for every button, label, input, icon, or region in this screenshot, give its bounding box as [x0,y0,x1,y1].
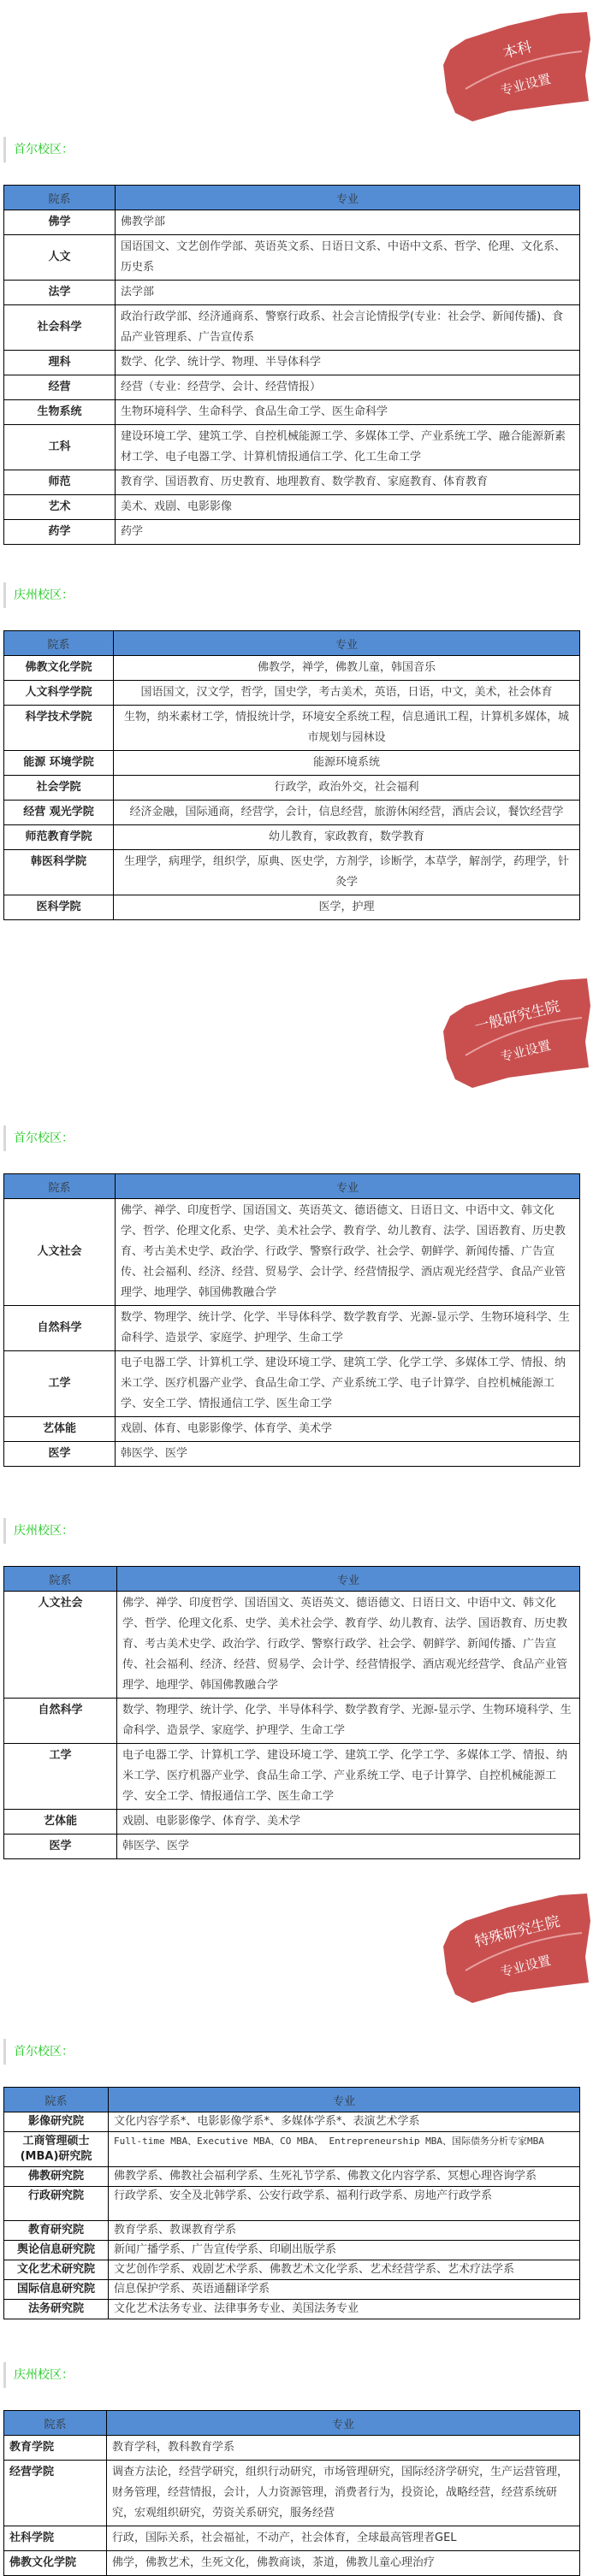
table-row: 社科学院行政，国际关系，社会福祉，不动产，社会体育，全球最高管理者GEL [4,2526,580,2551]
major-cell: 幼儿教育，家政教育，数学教育 [114,825,580,850]
table-row: 艺体能戏剧、体育、电影影像学、体育学、美术学 [4,1417,580,1442]
table-row: 佛学佛教学部 [4,210,580,235]
campus-label-seoul: 首尔校区： [3,137,599,162]
table-row: 社会科学政治行政学部、经济通商系、警察行政系、社会言论情报学(专业：社会学、新闻… [4,305,580,351]
major-cell: 电子电器工学、计算机工学、建设环境工学、建筑工学、化学工学、多媒体工学、情报、纳… [116,1351,580,1417]
table-row: 文化艺术研究院文艺创作学系、戏剧艺术学系、佛教艺术文化学系、艺术经营学系、艺术疗… [4,2260,580,2280]
major-cell: 教育学系、教课教育学系 [109,2221,580,2241]
major-cell: 戏剧、电影影像学、体育学、美术学 [117,1810,580,1835]
dept-cell: 影像研究院 [4,2112,109,2132]
dept-cell: 经营 [4,375,116,400]
table-row: 人文国语国文、文艺创作学部、英语英文系、日语日文系、中语中文系、哲学、伦理、文化… [4,235,580,281]
major-cell: 国语国文，汉文学，哲学，国史学，考古美术，英语，日语，中文，美术，社会体育 [114,681,580,706]
table-row: 佛教文化学院佛教学，禅学，佛教儿童，韩国音乐 [4,656,580,681]
dept-cell: 法学 [4,281,116,305]
table-row: 师范教育学院幼儿教育，家政教育，数学教育 [4,825,580,850]
table-header-row: 院系 专业 [4,2411,580,2436]
table-row: 医科学院医学，护理 [4,895,580,920]
major-cell: 文化内容学系*、电影影像学系*、多媒体学系*、表演艺术学系 [109,2112,580,2132]
major-cell: 佛教学，禅学，佛教儿童，韩国音乐 [114,656,580,681]
table-row: 人文社会佛学、禅学、印度哲学、国语国文、英语英文、德语德文、日语日文、中语中文、… [4,1592,580,1699]
table-row: 法学法学部 [4,281,580,305]
major-cell: 韩医学、医学 [116,1442,580,1467]
major-cell: 数学、物理学、统计学、化学、半导体科学、数学教育学、光源-显示学、生物环境科学、… [117,1699,580,1744]
table-row: 理科数学、化学、统计学、物理、半导体科学 [4,351,580,375]
majors-table-special-gyeongju: 院系 专业 教育学院教育学科，教科教育学系 经营学院调查方法论，经营学研究，组织… [3,2410,580,2576]
dept-cell: 国际信息研究院 [4,2280,109,2300]
major-cell: 佛教学系、佛教社会福利学系、生死礼节学系、佛教文化内容学系、冥想心理咨询学系 [109,2167,580,2187]
header-major: 专业 [117,1567,580,1592]
major-cell: 韩医学、医学 [117,1835,580,1859]
header-major: 专业 [109,2088,580,2112]
major-cell: 能源环境系统 [114,751,580,776]
majors-table-undergrad-gyeongju: 院系 专业 佛教文化学院佛教学，禅学，佛教儿童，韩国音乐 人文科学学院国语国文，… [3,630,580,920]
table-row: 医学韩医学、医学 [4,1835,580,1859]
header-major: 专业 [116,186,580,210]
dept-cell: 文化艺术研究院 [4,2260,109,2280]
dept-cell: 工科 [4,425,116,470]
dept-cell: 社科学院 [4,2526,107,2551]
table-row: 生物系统生物环境科学、生命科学、食品生命工学、医生命科学 [4,400,580,425]
table-row: 经营学院调查方法论，经营学研究，组织行动研究，市场管理研究，国际经济学研究，生产… [4,2461,580,2526]
table-row: 经营经营（专业：经营学、会计、经营情报） [4,375,580,400]
dept-cell: 佛学 [4,210,116,235]
major-cell: 建设环境工学、建筑工学、自控机械能源工学、多媒体工学、产业系统工学、融合能源新素… [116,425,580,470]
table-row: 佛教研究院佛教学系、佛教社会福利学系、生死礼节学系、佛教文化内容学系、冥想心理咨… [4,2167,580,2187]
table-row: 影像研究院文化内容学系*、电影影像学系*、多媒体学系*、表演艺术学系 [4,2112,580,2132]
dept-cell: 医学 [4,1442,116,1467]
major-cell: 行政学系、安全及北韩学系、公安行政学系、福利行政学系、房地产行政学系 [109,2187,580,2221]
table-header-row: 院系 专业 [4,1567,580,1592]
header-dept: 院系 [4,631,114,656]
major-cell: 经济金融，国际通商，经营学，会计，信息经营，旅游休闲经营，酒店会议，餐饮经营学 [114,801,580,825]
badge-area: 本科 专业设置 [0,0,599,137]
major-cell: 经营（专业：经营学、会计、经营情报） [116,375,580,400]
header-major: 专业 [116,1174,580,1199]
table-row: 师范教育学、国语教育、历史教育、地理教育、数学教育、家庭教育、体育教育 [4,470,580,495]
section-special-graduate: 特殊研究生院 专业设置 首尔校区： 院系 专业 影像研究院文化内容学系*、电影影… [0,1859,599,2576]
major-cell: 法学部 [116,281,580,305]
major-cell: 信息保护学系、英语通翻译学系 [109,2280,580,2300]
major-cell: 药学 [116,520,580,545]
table-row: 社会学院行政学，政治外交，社会福利 [4,776,580,801]
dept-cell: 佛教文化学院 [4,656,114,681]
table-row: 经营 观光学院经济金融，国际通商，经营学，会计，信息经营，旅游休闲经营，酒店会议… [4,801,580,825]
table-row: 科学技术学院生物，纳米素材工学，情报统计学，环境安全系统工程，信息通讯工程，计算… [4,706,580,751]
dept-cell: 艺体能 [4,1417,116,1442]
table-row: 医学韩医学、医学 [4,1442,580,1467]
header-dept: 院系 [4,2088,109,2112]
header-dept: 院系 [4,2411,107,2436]
dept-cell: 经营学院 [4,2461,107,2526]
table-header-row: 院系 专业 [4,2088,580,2112]
table-row: 工学电子电器工学、计算机工学、建设环境工学、建筑工学、化学工学、多媒体工学、情报… [4,1744,580,1810]
major-cell: 佛学、禅学、印度哲学、国语国文、英语英文、德语德文、日语日文、中语中文、韩文化学… [117,1592,580,1699]
dept-cell: 佛教文化学院 [4,2551,107,2576]
table-row: 教育学院教育学科，教科教育学系 [4,2436,580,2461]
section-general-graduate: 一般研究生院 专业设置 首尔校区： 院系 专业 人文社会佛学、禅学、印度哲学、国… [0,920,599,1859]
major-cell: 行政，国际关系，社会福祉，不动产，社会体育，全球最高管理者GEL [107,2526,580,2551]
dept-cell: 人文 [4,235,116,281]
majors-table-undergrad-seoul: 院系 专业 佛学佛教学部 人文国语国文、文艺创作学部、英语英文系、日语日文系、中… [3,185,580,545]
dept-cell: 自然科学 [4,1306,116,1351]
major-cell: 行政学，政治外交，社会福利 [114,776,580,801]
header-major: 专业 [114,631,580,656]
table-row: 工科建设环境工学、建筑工学、自控机械能源工学、多媒体工学、产业系统工学、融合能源… [4,425,580,470]
dept-cell: 社会科学 [4,305,116,351]
dept-cell: 佛教研究院 [4,2167,109,2187]
table-row: 行政研究院行政学系、安全及北韩学系、公安行政学系、福利行政学系、房地产行政学系 [4,2187,580,2221]
major-cell: 佛学、禅学、印度哲学、国语国文、英语英文、德语德文、日语日文、中语中文、韩文化学… [116,1199,580,1306]
campus-label-gyeongju: 庆州校区： [3,582,599,608]
table-header-row: 院系 专业 [4,186,580,210]
dept-cell: 师范 [4,470,116,495]
major-cell: 文化艺术法务专业、法律事务专业、美国法务专业 [109,2300,580,2319]
dept-cell: 工学 [4,1744,117,1810]
dept-cell: 经营 观光学院 [4,801,114,825]
header-major: 专业 [107,2411,580,2436]
major-cell: 生理学，病理学，组织学，原典、医史学，方剂学，诊断学，本草学，解剖学，药理学，针… [114,850,580,895]
table-row: 人文科学学院国语国文，汉文学，哲学，国史学，考古美术，英语，日语，中文，美术，社… [4,681,580,706]
table-row: 工学电子电器工学、计算机工学、建设环境工学、建筑工学、化学工学、多媒体工学、情报… [4,1351,580,1417]
table-row: 艺术美术、戏剧、电影影像 [4,495,580,520]
campus-label-gyeongju: 庆州校区： [3,1518,599,1544]
dept-cell: 人文社会 [4,1199,116,1306]
majors-table-general-gyeongju: 院系 专业 人文社会佛学、禅学、印度哲学、国语国文、英语英文、德语德文、日语日文… [3,1566,580,1859]
table-row: 药学药学 [4,520,580,545]
campus-label-seoul: 首尔校区： [3,1126,599,1151]
majors-table-special-seoul: 院系 专业 影像研究院文化内容学系*、电影影像学系*、多媒体学系*、表演艺术学系… [3,2087,580,2319]
major-cell: 生物，纳米素材工学，情报统计学，环境安全系统工程，信息通讯工程，计算机多媒体，城… [114,706,580,751]
brush-badge: 一般研究生院 专业设置 [431,972,594,1091]
major-cell: 生物环境科学、生命科学、食品生命工学、医生命科学 [116,400,580,425]
major-cell: 电子电器工学、计算机工学、建设环境工学、建筑工学、化学工学、多媒体工学、情报、纳… [117,1744,580,1810]
major-cell: 戏剧、体育、电影影像学、体育学、美术学 [116,1417,580,1442]
major-cell: 佛教学部 [116,210,580,235]
dept-cell: 生物系统 [4,400,116,425]
dept-cell: 舆论信息研究院 [4,2241,109,2260]
badge-area: 一般研究生院 专业设置 [0,920,599,1126]
dept-cell: 法务研究院 [4,2300,109,2319]
dept-cell: 理科 [4,351,116,375]
table-row: 人文社会佛学、禅学、印度哲学、国语国文、英语英文、德语德文、日语日文、中语中文、… [4,1199,580,1306]
brush-badge: 本科 专业设置 [431,5,594,125]
campus-label-seoul: 首尔校区： [3,2039,599,2065]
dept-cell: 行政研究院 [4,2187,109,2221]
dept-cell: 医科学院 [4,895,114,920]
major-cell: 政治行政学部、经济通商系、警察行政系、社会言论情报学(专业：社会学、新闻传播)、… [116,305,580,351]
major-cell: 美术、戏剧、电影影像 [116,495,580,520]
table-row: 教育研究院教育学系、教课教育学系 [4,2221,580,2241]
table-row: 舆论信息研究院新闻广播学系、广告宣传学系、印刷出版学系 [4,2241,580,2260]
majors-table-general-seoul: 院系 专业 人文社会佛学、禅学、印度哲学、国语国文、英语英文、德语德文、日语日文… [3,1173,580,1467]
dept-cell: 韩医科学院 [4,850,114,895]
major-cell: 教育学科，教科教育学系 [107,2436,580,2461]
dept-cell: 科学技术学院 [4,706,114,751]
dept-cell: 能源 环境学院 [4,751,114,776]
dept-cell: 艺体能 [4,1810,117,1835]
table-row: 法务研究院文化艺术法务专业、法律事务专业、美国法务专业 [4,2300,580,2319]
major-cell: Full-time MBA、Executive MBA、CO MBA、 Entr… [109,2132,580,2167]
major-cell: 调查方法论，经营学研究，组织行动研究，市场管理研究，国际经济学研究，生产运营管理… [107,2461,580,2526]
table-header-row: 院系 专业 [4,631,580,656]
header-dept: 院系 [4,1174,116,1199]
brush-badge: 特殊研究生院 专业设置 [431,1887,594,2006]
table-row: 能源 环境学院能源环境系统 [4,751,580,776]
dept-cell: 教育学院 [4,2436,107,2461]
table-header-row: 院系 专业 [4,1174,580,1199]
dept-cell: 社会学院 [4,776,114,801]
major-cell: 国语国文、文艺创作学部、英语英文系、日语日文系、中语中文系、哲学、伦理、文化系、… [116,235,580,281]
table-row: 工商管理硕士(MBA)研究院Full-time MBA、Executive MB… [4,2132,580,2167]
table-row: 韩医科学院生理学，病理学，组织学，原典、医史学，方剂学，诊断学，本草学，解剖学，… [4,850,580,895]
header-dept: 院系 [4,1567,117,1592]
dept-cell: 医学 [4,1835,117,1859]
dept-cell: 工学 [4,1351,116,1417]
dept-cell: 教育研究院 [4,2221,109,2241]
major-cell: 教育学、国语教育、历史教育、地理教育、数学教育、家庭教育、体育教育 [116,470,580,495]
dept-cell: 人文科学学院 [4,681,114,706]
major-cell: 数学、物理学、统计学、化学、半导体科学、数学教育学、光源-显示学、生物环境科学、… [116,1306,580,1351]
table-row: 国际信息研究院信息保护学系、英语通翻译学系 [4,2280,580,2300]
major-cell: 文艺创作学系、戏剧艺术学系、佛教艺术文化学系、艺术经营学系、艺术疗法学系 [109,2260,580,2280]
dept-cell: 艺术 [4,495,116,520]
badge-area: 特殊研究生院 专业设置 [0,1859,599,2039]
dept-cell: 药学 [4,520,116,545]
dept-cell: 自然科学 [4,1699,117,1744]
major-cell: 佛学，佛教艺术，生死文化，佛教商谈，茶道，佛教儿童心理治疗 [107,2551,580,2576]
major-cell: 数学、化学、统计学、物理、半导体科学 [116,351,580,375]
major-cell: 医学，护理 [114,895,580,920]
section-undergraduate: 本科 专业设置 首尔校区： 院系 专业 佛学佛教学部 人文国语国文、文艺创作学部… [0,0,599,920]
dept-cell: 人文社会 [4,1592,117,1699]
major-cell: 新闻广播学系、广告宣传学系、印刷出版学系 [109,2241,580,2260]
header-dept: 院系 [4,186,116,210]
campus-label-gyeongju: 庆州校区： [3,2362,599,2388]
table-row: 自然科学数学、物理学、统计学、化学、半导体科学、数学教育学、光源-显示学、生物环… [4,1306,580,1351]
dept-cell: 师范教育学院 [4,825,114,850]
table-row: 自然科学数学、物理学、统计学、化学、半导体科学、数学教育学、光源-显示学、生物环… [4,1699,580,1744]
table-row: 艺体能戏剧、电影影像学、体育学、美术学 [4,1810,580,1835]
dept-cell: 工商管理硕士(MBA)研究院 [4,2132,109,2167]
